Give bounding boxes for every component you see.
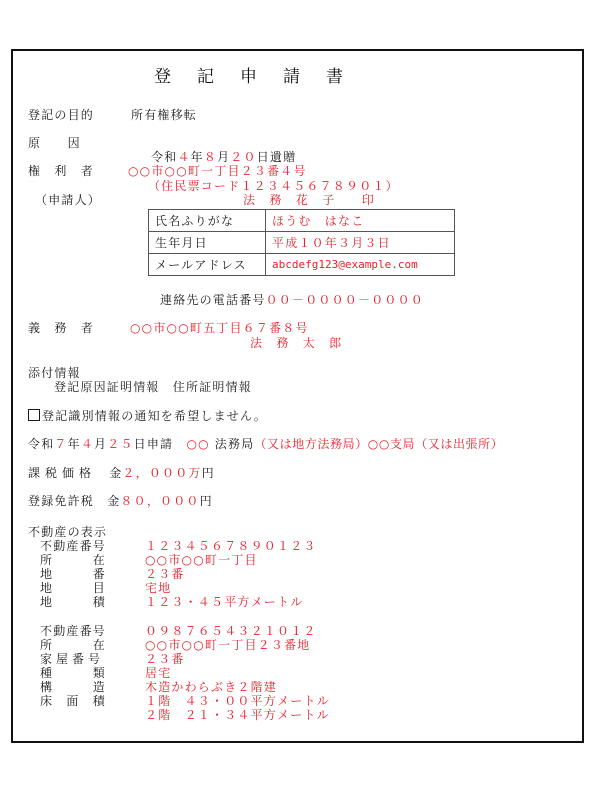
cause-part: ４ [177,150,190,164]
date-part: 令和 [28,437,54,451]
floor-area-1f-value: １階 ４３・００平方メートル [145,694,330,708]
registration-tax-label: 登録免許税 [28,494,94,508]
registration-application-document: 登記申請書 登記の目的 所有権移転 原 因 令和４年８月２０日遺贈 権 利 者 … [11,49,584,743]
land-location-label: 所 在 [40,553,106,567]
land-category-label: 地 目 [40,581,106,595]
date-part: ４ [81,437,94,451]
building-location-value: ○○市○○町一丁目２３番地 [145,638,310,652]
registry-office-branch: （又は地方法務局）○○支局（又は出張所） [254,437,503,451]
obligor-address: ○○市○○町五丁目６７番８号 [130,321,309,335]
phone-label: 連絡先の電話番号 [160,293,266,307]
registry-office-name: ○○ [186,437,209,451]
table-row: 生年月日 平成１０年３月３日 [149,232,455,254]
land-area-value: １２３・４５平方メートル [145,595,303,609]
purpose-label: 登記の目的 [28,108,94,122]
date-part: 日申請 [134,437,187,451]
applicant-info-table: 氏名ふりがな ほうむ はなこ 生年月日 平成１０年３月３日 メールアドレス ab… [148,209,455,276]
registration-tax-row: 登録免許税 金８０，０００円 [28,494,213,508]
date-part: 月 [94,437,107,451]
registry-office-suffix: 法務局 [210,437,255,451]
application-date-row: 令和７年４月２５日申請 ○○ 法務局（又は地方法務局）○○支局（又は出張所） [28,437,503,451]
structure-label: 構 造 [40,680,106,694]
registration-tax-prefix: 金 [107,494,120,508]
rights-holder-label: 権 利 者 [28,164,94,178]
taxable-value-suffix: 円 [202,466,215,480]
attachments-label: 添付情報 [28,366,81,380]
taxable-value-amount: ２，０００万 [122,466,201,480]
table-row: メールアドレス abcdefg123@example.com [149,254,455,276]
building-location-label: 所 在 [40,638,106,652]
document-title: 登記申請書 [154,67,369,87]
table-row: 氏名ふりがな ほうむ はなこ [149,210,455,232]
birthdate-value: 平成１０年３月３日 [266,232,455,254]
cause-part: ８ [204,150,217,164]
furigana-value: ほうむ はなこ [266,210,455,232]
cause-part: 令和 [151,150,177,164]
registration-tax-amount: ８０，０００ [120,494,199,508]
house-number-value: ２３番 [145,652,185,666]
rights-holder-name: 法 務 花 子 印 [243,193,375,207]
rights-holder-address: ○○市○○町一丁目２３番４号 [128,164,307,178]
notice-checkbox-label: 登記識別情報の通知を希望しません。 [42,409,267,423]
registration-tax-suffix: 円 [200,494,213,508]
date-part: ７ [54,437,67,451]
phone-value: ００－００００－００００ [266,293,424,307]
lot-number-value: ２３番 [145,567,185,581]
cause-part: 年 [191,150,204,164]
date-part: 年 [68,437,81,451]
cause-part: ２０ [230,150,256,164]
land-number-label: 不動産番号 [40,539,106,553]
land-area-label: 地 積 [40,595,106,609]
lot-number-label: 地 番 [40,567,106,581]
land-category-value: 宅地 [145,581,171,595]
obligor-name: 法 務 太 郎 [250,336,342,350]
taxable-value-row: 課税価格 金２，０００万円 [28,466,215,480]
resident-code: （住民票コード１２３４５６７８９０１） [148,179,399,193]
structure-value: 木造かわらぶき２階建 [145,680,277,694]
attachments-value: 登記原因証明情報 住所証明情報 [54,380,252,394]
furigana-label: 氏名ふりがな [149,210,266,232]
floor-area-label: 床 面 積 [40,694,106,708]
land-location-value: ○○市○○町一丁目 [145,553,258,567]
taxable-value-label: 課税価格 [28,466,96,480]
phone-row: 連絡先の電話番号００－００００－００００ [160,293,424,307]
house-number-label: 家屋番号 [40,652,104,666]
building-type-value: 居宅 [145,666,171,680]
purpose-value: 所有権移転 [131,108,197,122]
land-number-value: １２３４５６７８９０１２３ [145,539,317,553]
property-label: 不動産の表示 [28,525,107,539]
cause-part: 日遺贈 [257,150,297,164]
building-number-label: 不動産番号 [40,624,106,638]
notice-checkbox-row[interactable]: 登記識別情報の通知を希望しません。 [28,409,267,423]
birthdate-label: 生年月日 [149,232,266,254]
email-value: abcdefg123@example.com [266,254,455,276]
date-part: ２５ [107,437,133,451]
obligor-label: 義 務 者 [28,321,94,335]
building-type-label: 種 類 [40,666,106,680]
notice-checkbox[interactable] [28,409,40,421]
applicant-label: （申請人） [35,193,101,207]
floor-area-2f-value: ２階 ２１・３４平方メートル [145,708,330,722]
cause-part: 月 [217,150,230,164]
taxable-value-prefix: 金 [109,466,122,480]
cause-label: 原 因 [28,136,81,150]
email-label: メールアドレス [149,254,266,276]
building-number-value: ０９８７６５４３２１０１２ [145,624,317,638]
